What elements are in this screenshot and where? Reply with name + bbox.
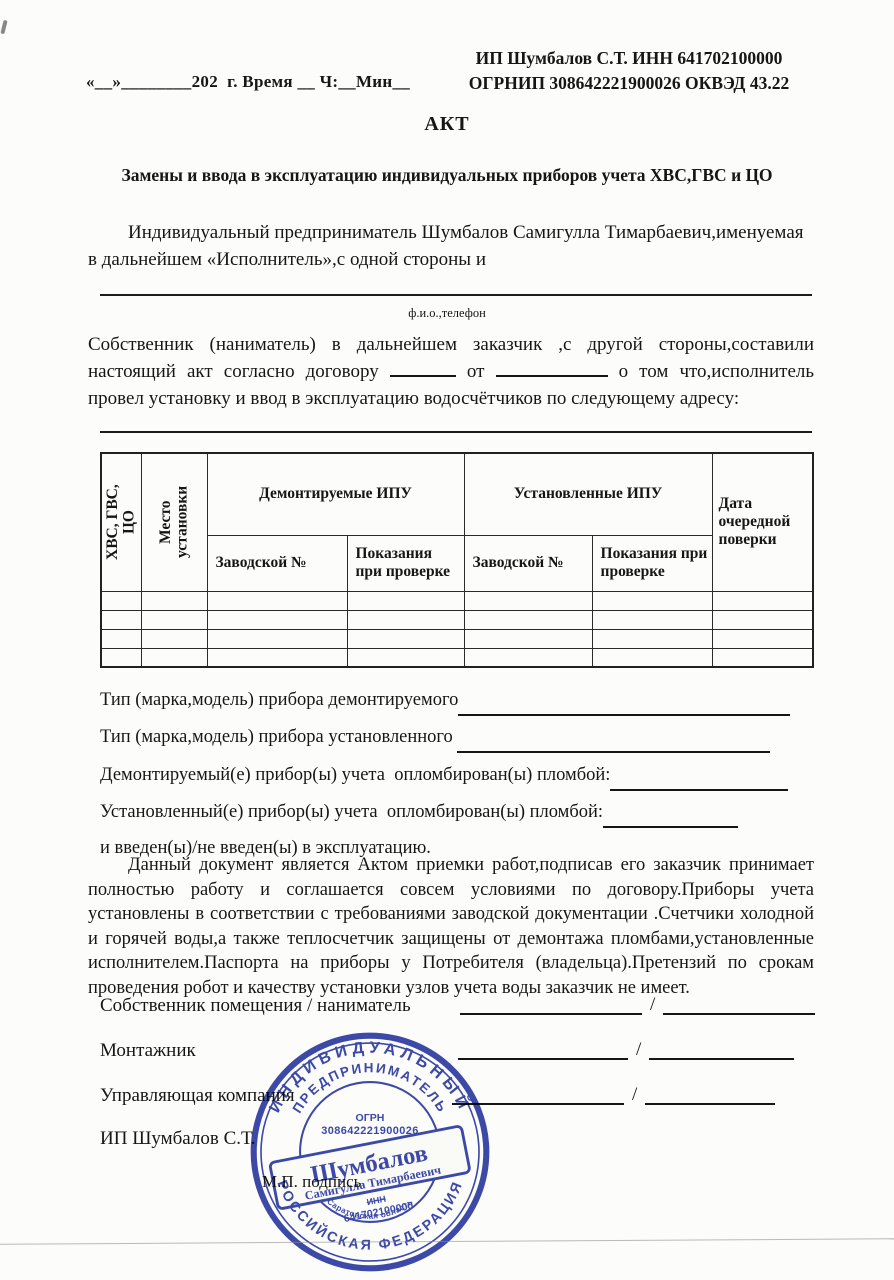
scan-artifact (0, 20, 7, 35)
signature-label: ИП Шумбалов С.Т. (100, 1128, 255, 1149)
signature-blank (649, 1040, 794, 1060)
signature-row-owner: Собственник помещения / наниматель / (100, 995, 812, 1023)
stamp-ogrn-label: ОГРН (356, 1112, 385, 1124)
address-blank-line (100, 431, 812, 433)
document-title: АКТ (0, 113, 894, 136)
form-line-label: Демонтируемый(е) прибор(ы) учета опломби… (100, 765, 610, 791)
table-row (101, 629, 813, 648)
form-line-label: Установленный(е) прибор(ы) учета опломби… (100, 802, 603, 828)
form-line-label: Тип (марка,модель) прибора установленног… (100, 727, 457, 753)
col-header-installed-serial: Заводской № (464, 535, 592, 591)
col-header-installed-readings: Показания при проверке (592, 535, 712, 591)
contract-number-blank (390, 362, 456, 377)
document-subtitle: Замены и ввода в эксплуатацию индивидуал… (0, 165, 894, 186)
group-header-demounted: Демонтируемые ИПУ (207, 453, 464, 535)
table-row (101, 610, 813, 629)
fio-blank-line (100, 294, 812, 296)
company-header: ИП Шумбалов С.Т. ИНН 641702100000 ОГРНИП… (462, 46, 796, 96)
signature-separator: / (636, 1040, 641, 1060)
form-line-demounted-seal: Демонтируемый(е) прибор(ы) учета опломби… (100, 765, 812, 791)
signature-blank (460, 995, 642, 1015)
stamp-ogrn-value: 308642221900026 (321, 1125, 419, 1137)
signature-separator: / (632, 1085, 637, 1105)
col-header-demounted-serial: Заводской № (207, 535, 347, 591)
contractor-paragraph: Индивидуальный предприниматель Шумбалов … (88, 219, 814, 273)
fio-caption: ф.и.о.,телефон (0, 306, 894, 321)
form-line-blank (458, 690, 790, 716)
form-line-label: Тип (марка,модель) прибора демонтируемог… (100, 690, 458, 716)
table-row (101, 591, 813, 610)
acceptance-paragraph: Данный документ является Актом приемки р… (88, 853, 814, 1000)
company-stamp-graphic: ИНДИВИДУАЛЬНЫЙ ПРЕДПРИНИМАТЕЛЬ ОГРН 3086… (248, 1030, 492, 1274)
form-line-installed-seal: Установленный(е) прибор(ы) учета опломби… (100, 802, 812, 828)
group-header-installed: Установленные ИПУ (464, 453, 712, 535)
signature-label: Собственник помещения / наниматель (100, 995, 411, 1016)
company-header-line2: ОГРНИП 308642221900026 ОКВЭД 43.22 (462, 71, 796, 96)
company-stamp: ИНДИВИДУАЛЬНЫЙ ПРЕДПРИНИМАТЕЛЬ ОГРН 3086… (248, 1030, 492, 1274)
signature-label: Монтажник (100, 1040, 196, 1061)
col-header-next-check: Дата очередной поверки (712, 453, 813, 591)
table-row (101, 648, 813, 667)
signature-blank (645, 1085, 775, 1105)
form-line-type-installed: Тип (марка,модель) прибора установленног… (100, 727, 812, 753)
col-header-meter-types: ХВС, ГВС, ЦО (101, 453, 141, 591)
customer-paragraph-text2: от (467, 361, 485, 382)
form-line-blank (610, 765, 788, 791)
company-header-line1: ИП Шумбалов С.Т. ИНН 641702100000 (462, 46, 796, 71)
signature-separator: / (650, 995, 655, 1015)
signature-blank (663, 995, 815, 1015)
form-line-type-demounted: Тип (марка,модель) прибора демонтируемог… (100, 690, 812, 716)
date-time-blank-line: «__»________202 г. Время __ Ч:__Мин__ (86, 72, 410, 92)
meters-table: ХВС, ГВС, ЦО Место установки Демонтируем… (100, 452, 814, 668)
customer-paragraph: Собственник (наниматель) в дальнейшем за… (88, 331, 814, 412)
form-line-blank (603, 802, 738, 828)
form-line-blank (457, 727, 770, 753)
scanned-act-document: «__»________202 г. Время __ Ч:__Мин__ ИП… (0, 0, 894, 1280)
contract-date-blank (496, 362, 608, 377)
col-header-place: Место установки (141, 453, 207, 591)
col-header-demounted-readings: Показания при проверке (347, 535, 464, 591)
